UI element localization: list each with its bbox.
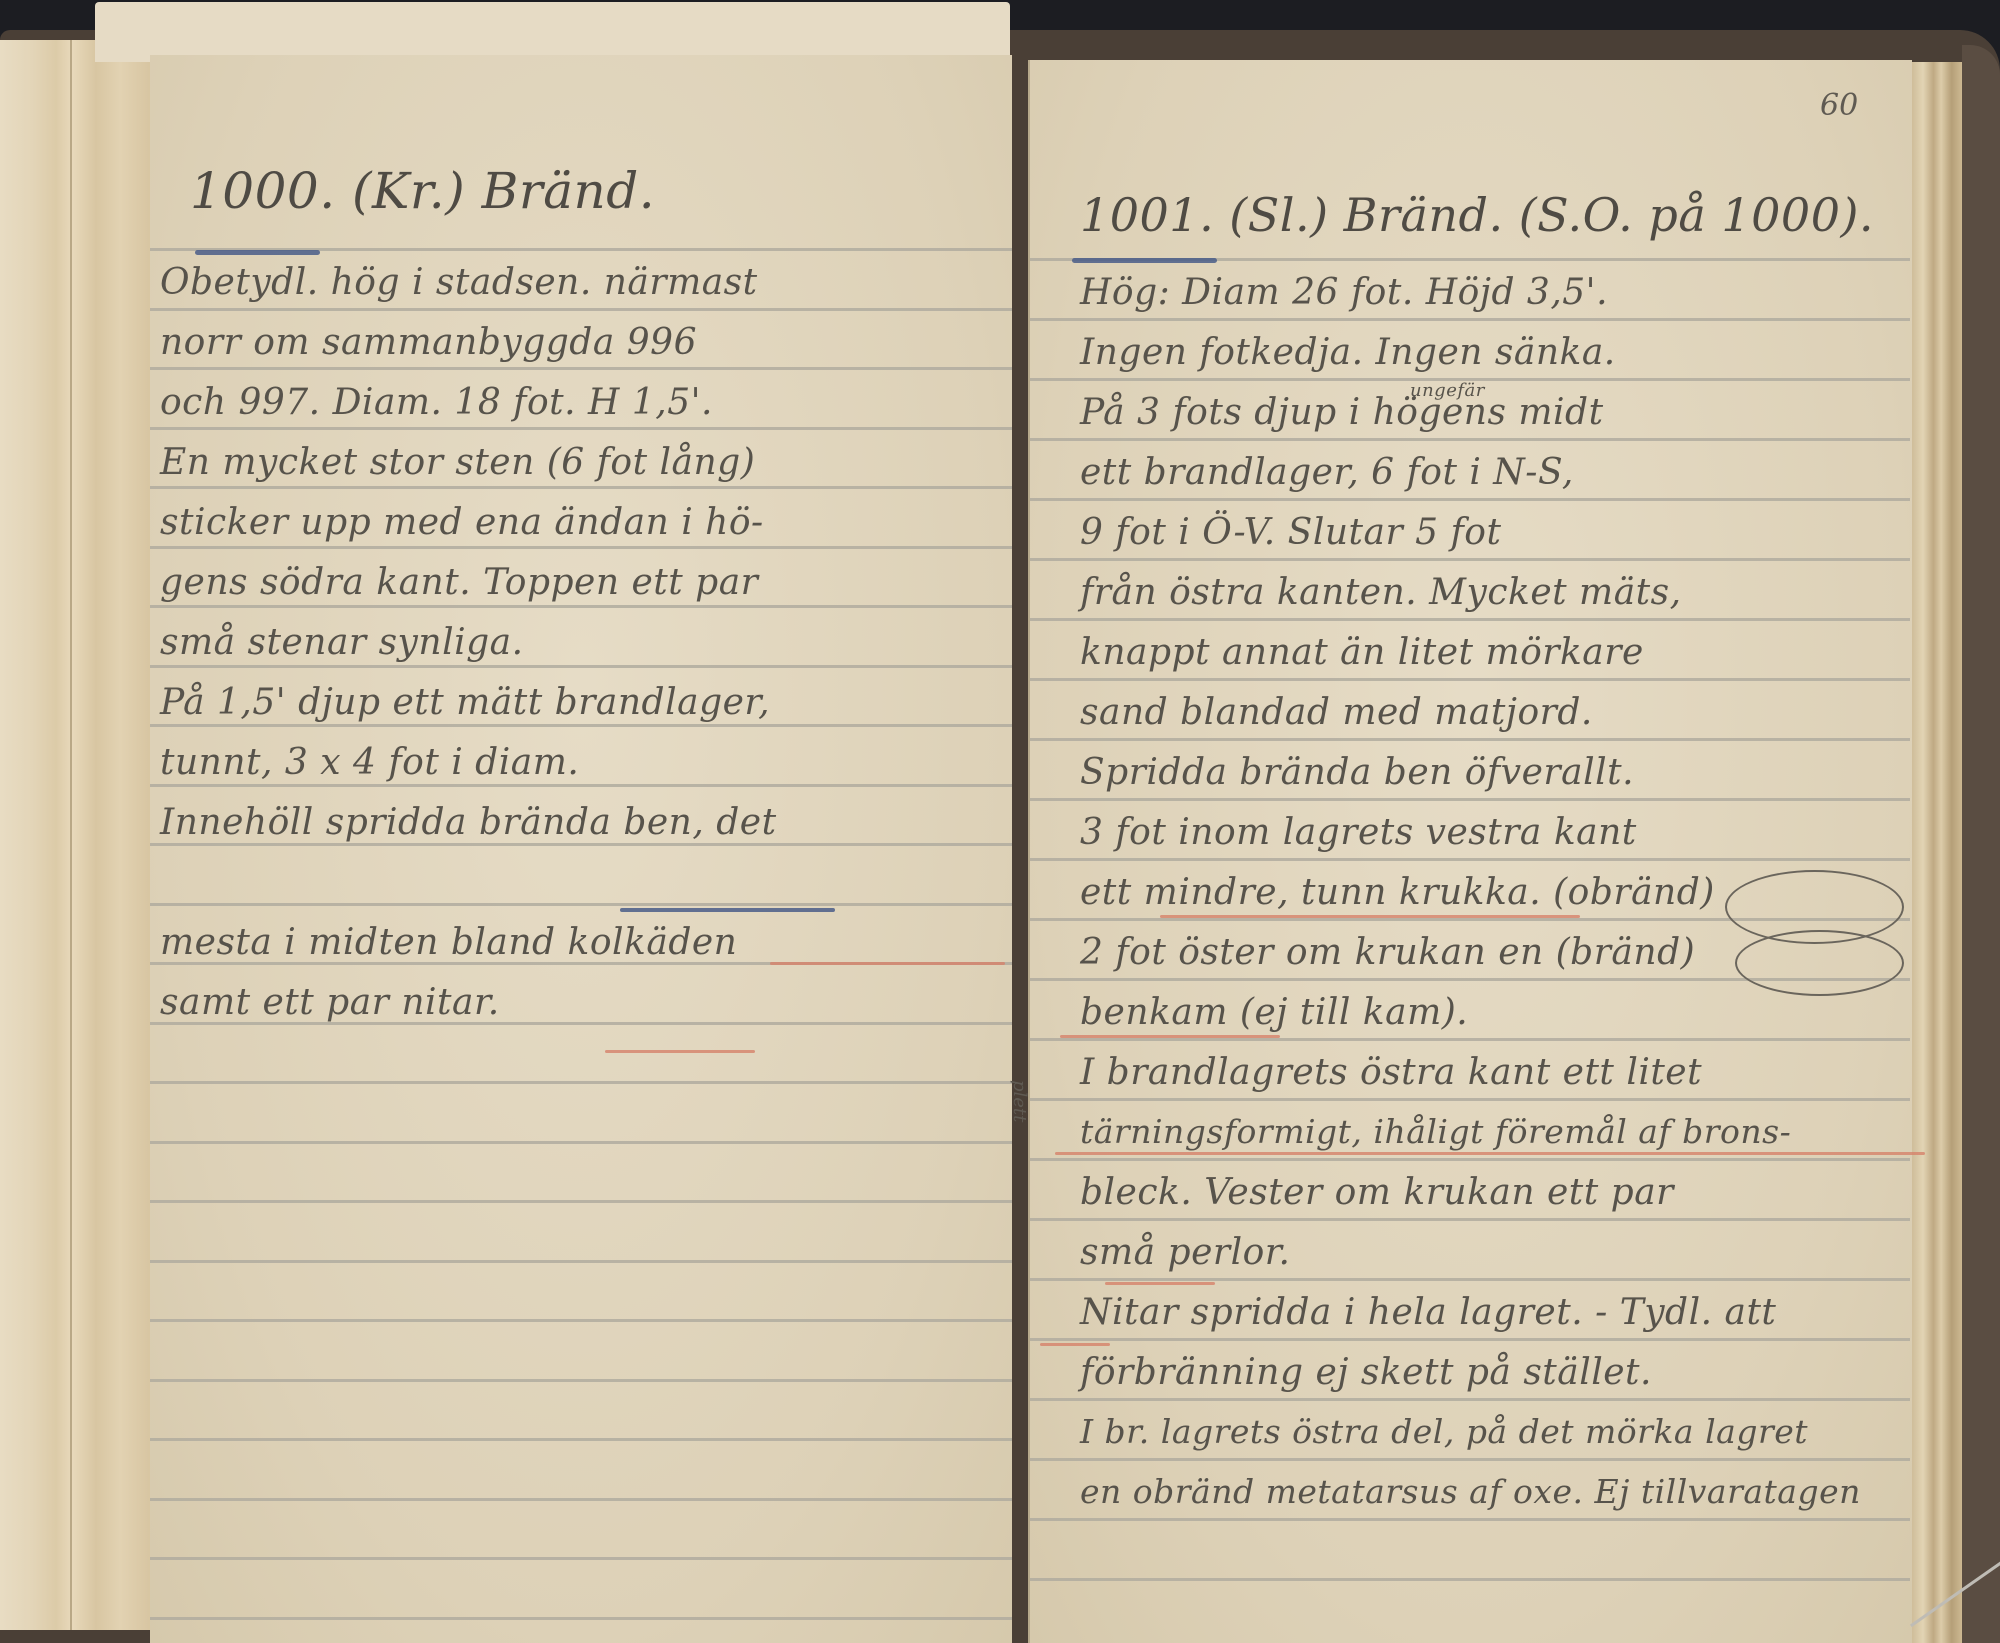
ruled-line [1030, 618, 1910, 621]
ruled-line [1030, 1398, 1910, 1401]
ruled-line [150, 1379, 1012, 1382]
left-line-4: En mycket stor sten (6 fot lång) [160, 442, 755, 483]
right-line-18: Nitar spridda i hela lagret. - Tydl. att [1080, 1292, 1776, 1333]
ruled-line [150, 1260, 1012, 1263]
left-line-7: små stenar synliga. [160, 622, 524, 663]
right-line-15: tärningsformigt, ihåligt föremål af bron… [1080, 1112, 1791, 1151]
left-line-3: och 997. Diam. 18 fot. H 1,5'. [160, 382, 713, 423]
ruled-line [150, 1617, 1012, 1620]
left-line-5: sticker upp med ena ändan i hö- [160, 502, 764, 543]
ruled-line [1030, 1278, 1910, 1281]
margin-note-plett: plett [1009, 1080, 1030, 1122]
ruled-line [1030, 318, 1910, 321]
ruled-line [150, 843, 1012, 846]
blue-underline-entry-number [195, 250, 320, 255]
ruled-line [150, 486, 1012, 489]
ruled-line [1030, 1458, 1910, 1461]
blue-underline-brandaben [620, 908, 835, 912]
ruled-line [150, 605, 1012, 608]
ruled-line [1030, 1578, 1910, 1581]
ruled-line [150, 427, 1012, 430]
right-line-3: På 3 fots djup i högens midt [1080, 392, 1604, 433]
ruled-line [150, 1557, 1012, 1560]
right-line-4: ett brandlager, 6 fot i N-S, [1080, 452, 1574, 493]
left-line-1: Obetydl. hög i stadsen. närmast [160, 262, 758, 303]
ruled-line [1030, 1038, 1910, 1041]
red-underline-nitar [605, 1050, 755, 1053]
ruled-line [1030, 498, 1910, 501]
blue-underline-entry-number-right [1072, 258, 1217, 263]
right-line-8: sand blandad med matjord. [1080, 692, 1593, 733]
right-line-10: 3 fot inom lagrets vestra kant [1080, 812, 1637, 853]
right-line-14: I brandlagrets östra kant ett litet [1080, 1052, 1702, 1093]
ruled-line [150, 724, 1012, 727]
ruled-line [1030, 1338, 1910, 1341]
ruled-line [150, 1081, 1012, 1084]
right-line-16: bleck. Vester om krukan ett par [1080, 1172, 1674, 1213]
right-line-9: Spridda brända ben öfverallt. [1080, 752, 1634, 793]
ruled-line [150, 1200, 1012, 1203]
right-line-6: från östra kanten. Mycket mäts, [1080, 572, 1682, 613]
left-page-top-edge [95, 2, 1010, 62]
ruled-line [1030, 1218, 1910, 1221]
ruled-line [150, 367, 1012, 370]
right-line-21: en obränd metatarsus af oxe. Ej tillvara… [1080, 1472, 1861, 1511]
right-line-19: förbränning ej skett på stället. [1080, 1352, 1652, 1393]
ruled-line [150, 665, 1012, 668]
right-cover-binding [1962, 45, 2000, 1643]
right-line-12: 2 fot öster om krukan en (bränd) [1080, 932, 1695, 973]
red-underline-perlor [1105, 1282, 1215, 1285]
left-page-stack [0, 40, 160, 1630]
red-underline-benkam [1060, 1035, 1280, 1038]
ruled-line [1030, 558, 1910, 561]
red-underline-krukka [1160, 915, 1580, 918]
right-line-20: I br. lagrets östra del, på det mörka la… [1080, 1412, 1808, 1451]
left-line-6: gens södra kant. Toppen ett par [160, 562, 758, 603]
ruled-line [150, 1438, 1012, 1441]
ruled-line [150, 1319, 1012, 1322]
ruled-line [1030, 1098, 1910, 1101]
left-line-12: samt ett par nitar. [160, 982, 500, 1023]
ruled-line [150, 1141, 1012, 1144]
right-line-17: små perlor. [1080, 1232, 1290, 1273]
ruled-line [1030, 438, 1910, 441]
left-page-title: 1000. (Kr.) Bränd. [190, 162, 655, 220]
left-line-11: mesta i midten bland kolkäden [160, 922, 737, 963]
ruled-line [1030, 1518, 1910, 1521]
red-underline-kolkaden [770, 962, 1005, 965]
circled-brand [1735, 930, 1904, 996]
right-line-13: benkam (ej till kam). [1080, 992, 1468, 1033]
ruled-line [150, 308, 1012, 311]
right-page-title: 1001. (Sl.) Bränd. (S.O. på 1000). [1080, 188, 1874, 242]
red-underline-nitar-right [1040, 1343, 1110, 1346]
right-line-11: ett mindre, tunn krukka. (obränd) [1080, 872, 1715, 913]
ruled-line [150, 1498, 1012, 1501]
left-line-9: tunnt, 3 x 4 fot i diam. [160, 742, 579, 783]
page-number: 60 [1820, 88, 1858, 123]
ruled-line [1030, 1158, 1910, 1161]
left-line-2: norr om sammanbyggda 996 [160, 322, 697, 363]
ruled-line [150, 903, 1012, 906]
right-line-7: knappt annat än litet mörkare [1080, 632, 1644, 673]
right-line-2: Ingen fotkedja. Ingen sänka. [1080, 332, 1616, 373]
ruled-line [150, 784, 1012, 787]
red-underline-tarningsformigt [1055, 1152, 1925, 1155]
ruled-line [1030, 738, 1910, 741]
ruled-line [150, 546, 1012, 549]
left-line-10: Innehöll spridda brända ben, det [160, 802, 777, 843]
ruled-line [1030, 858, 1910, 861]
right-line-1: Hög: Diam 26 fot. Höjd 3,5'. [1080, 272, 1608, 313]
right-page-stack [1910, 62, 1962, 1643]
ruled-line [1030, 798, 1910, 801]
ruled-line [1030, 678, 1910, 681]
left-line-8: På 1,5' djup ett mätt brandlager, [160, 682, 770, 723]
right-line-5: 9 fot i Ö-V. Slutar 5 fot [1080, 512, 1501, 553]
